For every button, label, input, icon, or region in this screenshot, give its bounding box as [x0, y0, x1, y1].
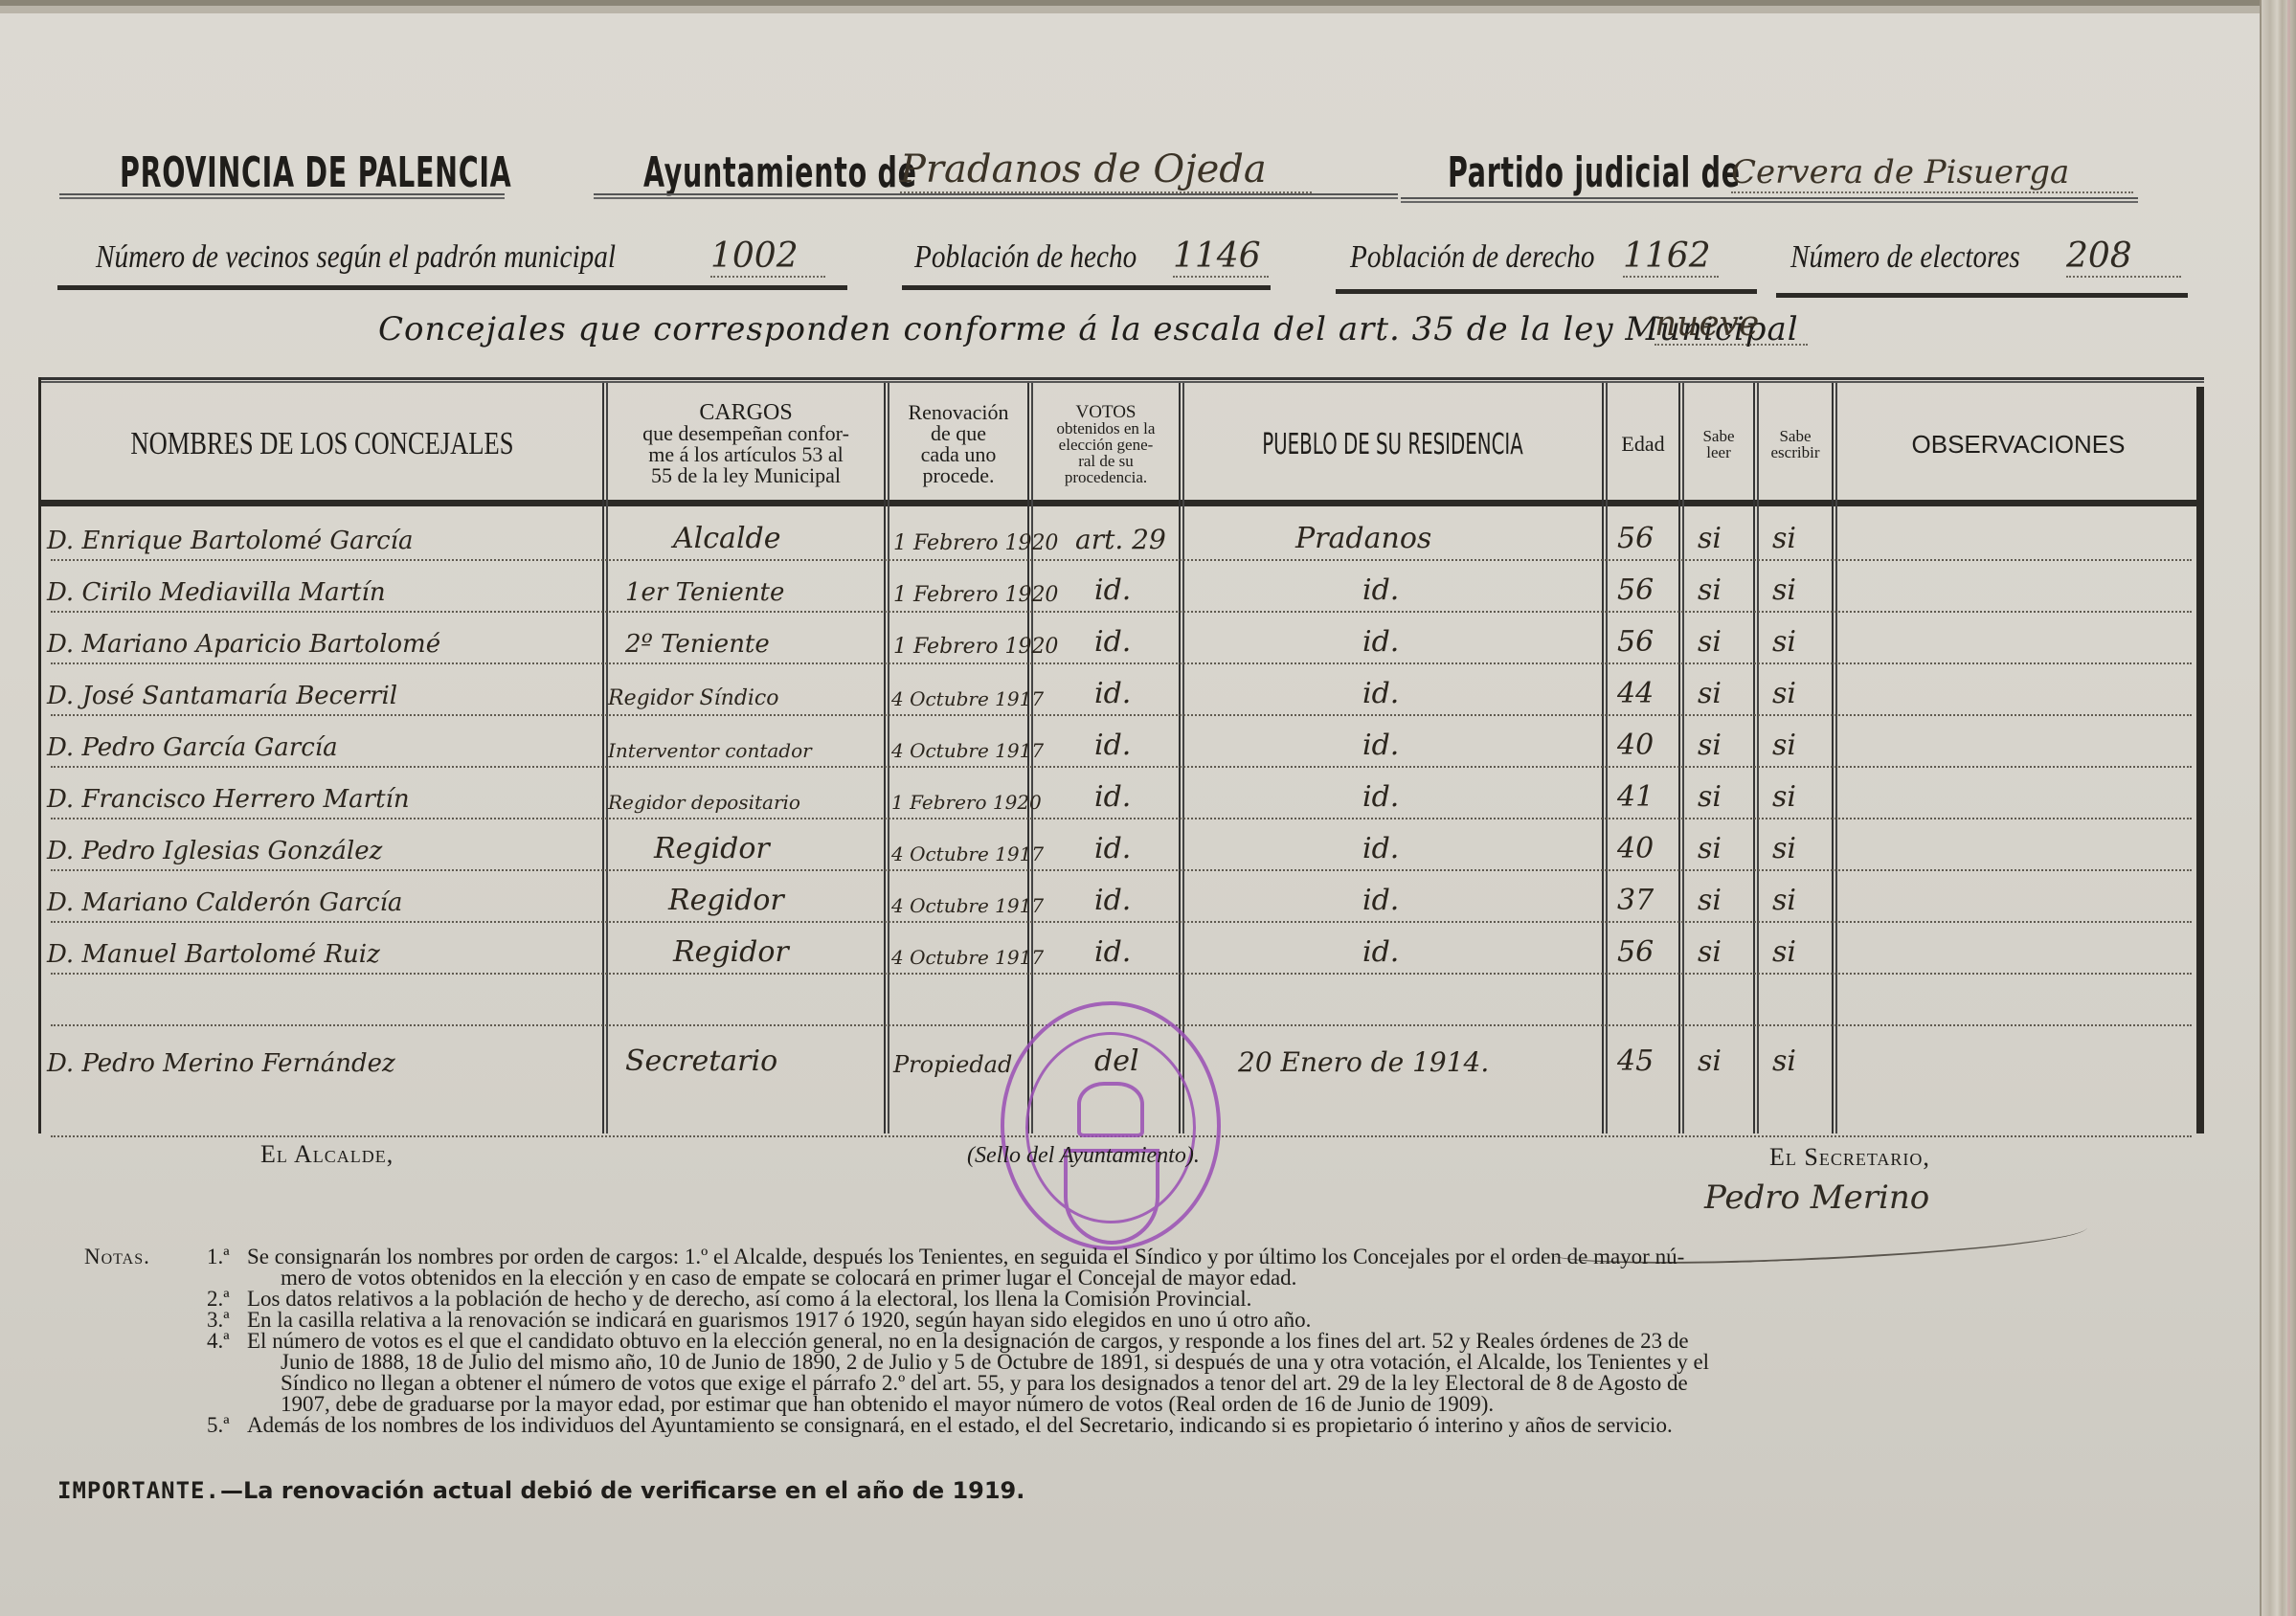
derecho-field: Población de derecho 1162	[1350, 236, 1752, 283]
cell-nombre: D. Manuel Bartolomé Ruiz	[47, 940, 380, 969]
cell-sabe-leer: si	[1698, 573, 1722, 607]
notes-lead: Notas.	[84, 1246, 150, 1268]
secretario-signature: Pedro Merino	[1704, 1178, 1929, 1217]
header-text: obtenidos en la	[1057, 420, 1156, 437]
document-page: PROVINCIA DE PALENCIA Ayuntamiento de Pr…	[0, 0, 2260, 1616]
cell-edad: 45	[1617, 1044, 1654, 1078]
cell-edad: 56	[1617, 935, 1654, 969]
rule	[1401, 197, 2138, 203]
cell-renovacion: 4 Octubre 1917	[891, 946, 1044, 969]
column-header-sabe-escribir: Sabe escribir	[1759, 389, 1832, 500]
cell-cargo: Regidor	[668, 884, 784, 917]
rule	[59, 193, 505, 199]
cell-nombre: D. Enrique Bartolomé García	[47, 527, 413, 555]
cell-sabe-leer: si	[1698, 884, 1722, 917]
cell-cargo: Regidor	[654, 832, 770, 865]
province-label: PROVINCIA DE PALENCIA	[120, 148, 511, 197]
province-heading: PROVINCIA DE PALENCIA	[120, 130, 664, 197]
cell-nombre: D. Pedro Merino Fernández	[47, 1049, 395, 1078]
header-text: Renovación	[908, 402, 1008, 423]
note-item: 2.ª Los datos relativos a la población d…	[84, 1289, 2191, 1310]
cell-renovacion: 1 Febrero 1920	[893, 531, 1058, 555]
cell-sabe-escribir: si	[1772, 677, 1796, 710]
note-number: 4.ª	[207, 1331, 230, 1352]
cell-votos: id.	[1094, 832, 1131, 865]
header-text: procede.	[922, 465, 994, 486]
header-text: NOMBRES DE LOS CONCEJALES	[130, 426, 513, 462]
column-header-pueblo: PUEBLO DE SU RESIDENCIA	[1184, 389, 1602, 500]
cell-votos: id.	[1094, 677, 1131, 710]
cell-sabe-leer: si	[1698, 935, 1722, 969]
cell-edad: 56	[1617, 573, 1654, 607]
hecho-value: 1146	[1173, 236, 1269, 278]
table-row: D. Mariano Calderón García Regidor 4 Oct…	[41, 871, 2204, 923]
hecho-label: Población de hecho	[914, 239, 1137, 276]
cell-sabe-leer: si	[1698, 1044, 1722, 1078]
municipal-seal-stamp	[1001, 1001, 1221, 1250]
cell-cargo: Regidor	[673, 935, 789, 969]
cell-nombre: D. José Santamaría Becerril	[47, 682, 397, 710]
cell-sabe-leer: si	[1698, 625, 1722, 659]
cell-edad: 56	[1617, 625, 1654, 659]
note-number: 3.ª	[207, 1310, 230, 1331]
cell-sabe-escribir: si	[1772, 884, 1796, 917]
cell-cargo: Alcalde	[673, 522, 781, 555]
cell-sabe-escribir: si	[1772, 1044, 1796, 1078]
partido-label: Partido judicial de	[1448, 148, 1741, 197]
rule	[1336, 289, 1757, 294]
secretario-label: El Secretario,	[1769, 1143, 1930, 1172]
header-text: CARGOS	[699, 402, 792, 423]
ayuntamiento-label: Ayuntamiento de	[643, 148, 917, 197]
cell-cargo: Regidor depositario	[608, 791, 800, 814]
cell-sabe-escribir: si	[1772, 522, 1796, 555]
cell-nombre: D. Mariano Calderón García	[47, 888, 402, 917]
header-text: Edad	[1621, 434, 1664, 455]
cell-renovacion: 4 Octubre 1917	[891, 687, 1044, 710]
cell-cargo: Interventor contador	[608, 739, 812, 762]
header-text: VOTOS	[1076, 404, 1137, 420]
sello-label: (Sello del Ayuntamiento).	[967, 1143, 1200, 1169]
cell-cargo: 1er Teniente	[625, 578, 784, 607]
note-text: 1907, debe de graduarse por la mayor eda…	[84, 1394, 2191, 1415]
vecinos-field: Número de vecinos según el padrón munici…	[96, 236, 843, 283]
cell-votos: id.	[1094, 935, 1131, 969]
cell-pueblo: id.	[1362, 832, 1399, 865]
table-row: D. Cirilo Mediavilla Martín 1er Teniente…	[41, 561, 2204, 613]
alcalde-label: El Alcalde,	[260, 1140, 394, 1169]
vecinos-label: Número de vecinos según el padrón munici…	[96, 239, 616, 276]
cell-pueblo: Pradanos	[1295, 522, 1431, 555]
cell-edad: 40	[1617, 832, 1654, 865]
header-text: Sabe	[1779, 428, 1811, 444]
important-key: IMPORTANTE.	[57, 1477, 220, 1504]
cell-renovacion: 1 Febrero 1920	[891, 791, 1042, 814]
cell-sabe-leer: si	[1698, 832, 1722, 865]
column-header-edad: Edad	[1608, 389, 1678, 500]
note-item: Notas. 1.ª Se consignarán los nombres po…	[84, 1246, 2191, 1268]
column-header-renovacion: Renovación de que cada uno procede.	[889, 389, 1027, 500]
column-header-votos: VOTOS obtenidos en la elección gene- ral…	[1033, 389, 1179, 500]
cell-nombre: D. Cirilo Mediavilla Martín	[47, 578, 386, 607]
cell-renovacion: 1 Febrero 1920	[893, 635, 1058, 659]
cell-pueblo: id.	[1362, 935, 1399, 969]
note-number: 5.ª	[207, 1415, 230, 1436]
cell-sabe-escribir: si	[1772, 573, 1796, 607]
table-row: D. Enrique Bartolomé García Alcalde 1 Fe…	[41, 509, 2204, 561]
rule	[594, 193, 1398, 199]
rule	[1776, 293, 2188, 298]
vecinos-value: 1002	[710, 236, 825, 278]
note-text: mero de votos obtenidos en la elección y…	[84, 1268, 2191, 1289]
cell-edad: 41	[1617, 780, 1654, 814]
cell-sabe-leer: si	[1698, 522, 1722, 555]
book-page-edge	[2260, 0, 2296, 1616]
table-row: D. Pedro García García Interventor conta…	[41, 716, 2204, 768]
cell-cargo: 2º Teniente	[625, 630, 770, 659]
note-text: Síndico no llegan a obtener el número de…	[84, 1373, 2191, 1394]
header-text: cada uno	[921, 444, 997, 465]
cell-sabe-escribir: si	[1772, 935, 1796, 969]
note-text: Se consignarán los nombres por orden de …	[247, 1245, 1684, 1268]
cell-votos: id.	[1094, 573, 1131, 607]
table-top-rule	[41, 377, 2204, 383]
header-text: procedencia.	[1065, 469, 1147, 485]
cell-edad: 44	[1617, 677, 1654, 710]
rule	[57, 285, 847, 290]
cell-nombre: D. Mariano Aparicio Bartolomé	[47, 630, 440, 659]
rule	[902, 285, 1271, 290]
cell-edad: 40	[1617, 729, 1654, 762]
header-text: ral de su	[1078, 453, 1134, 469]
cell-pueblo: 20 Enero de 1914.	[1238, 1046, 1489, 1078]
header-text: elección gene-	[1059, 437, 1154, 453]
cell-votos: id.	[1094, 780, 1131, 814]
header-text: OBSERVACIONES	[1912, 430, 2126, 460]
cell-nombre: D. Francisco Herrero Martín	[47, 785, 410, 814]
cell-renovacion: 1 Febrero 1920	[893, 583, 1058, 607]
cell-edad: 56	[1617, 522, 1654, 555]
column-header-observaciones: OBSERVACIONES	[1837, 389, 2199, 500]
note-number: 2.ª	[207, 1289, 230, 1310]
cell-votos: id.	[1094, 884, 1131, 917]
cell-pueblo: id.	[1362, 625, 1399, 659]
cell-votos: art. 29	[1075, 524, 1166, 555]
header-text: leer	[1706, 444, 1730, 460]
note-text: Junio de 1888, 18 de Julio del mismo año…	[84, 1352, 2191, 1373]
cell-sabe-escribir: si	[1772, 832, 1796, 865]
edge-stripe	[2287, 0, 2290, 1616]
derecho-value: 1162	[1623, 236, 1719, 278]
electores-label: Número de electores	[1790, 239, 2020, 276]
header-text: me á los artículos 53 al	[648, 444, 843, 465]
note-item: 5.ª Además de los nombres de los individ…	[84, 1415, 2191, 1436]
cell-sabe-leer: si	[1698, 780, 1722, 814]
table-row: D. Pedro Iglesias González Regidor 4 Oct…	[41, 819, 2204, 871]
cell-pueblo: id.	[1362, 729, 1399, 762]
cell-sabe-escribir: si	[1772, 780, 1796, 814]
table-row: D. Francisco Herrero Martín Regidor depo…	[41, 768, 2204, 819]
cell-pueblo: id.	[1362, 573, 1399, 607]
table-row: D. Manuel Bartolomé Ruiz Regidor 4 Octub…	[41, 923, 2204, 975]
cell-votos: id.	[1094, 729, 1131, 762]
header-text: que desempeñan confor-	[642, 423, 849, 444]
note-text: Además de los nombres de los individuos …	[247, 1413, 1673, 1437]
ayuntamiento-field: Ayuntamiento de Pradanos de Ojeda	[643, 130, 1314, 197]
cell-renovacion: 4 Octubre 1917	[891, 842, 1044, 865]
ayuntamiento-value: Pradanos de Ojeda	[900, 147, 1312, 193]
concejales-value: nueve	[1654, 304, 1808, 346]
crown-icon	[1077, 1082, 1144, 1137]
concejales-label: Concejales que corresponden conforme á l…	[378, 310, 1799, 348]
note-text: El número de votos es el que el candidat…	[247, 1329, 1689, 1353]
cell-renovacion: 4 Octubre 1917	[891, 894, 1044, 917]
electores-value: 208	[2066, 236, 2181, 278]
important-text: —La renovación actual debió de verificar…	[220, 1477, 1024, 1504]
cell-votos: id.	[1094, 625, 1131, 659]
column-header-cargos: CARGOS que desempeñan confor- me á los a…	[608, 389, 884, 500]
cell-renovacion: 4 Octubre 1917	[891, 739, 1044, 762]
hecho-field: Población de hecho 1146	[914, 236, 1278, 283]
table-header-rule	[41, 500, 2204, 506]
header-text: PUEBLO DE SU RESIDENCIA	[1263, 428, 1524, 461]
cell-pueblo: id.	[1362, 780, 1399, 814]
table-row: D. José Santamaría Becerril Regidor Sínd…	[41, 664, 2204, 716]
column-header-sabe-leer: Sabe leer	[1684, 389, 1753, 500]
note-item: 4.ª El número de votos es el que el cand…	[84, 1331, 2191, 1352]
table-row: D. Mariano Aparicio Bartolomé 2º Tenient…	[41, 613, 2204, 664]
derecho-label: Población de derecho	[1350, 239, 1595, 276]
cell-sabe-leer: si	[1698, 677, 1722, 710]
cell-renovacion: Propiedad	[893, 1051, 1012, 1078]
cell-nombre: D. Pedro Iglesias González	[47, 837, 382, 865]
cell-pueblo: id.	[1362, 677, 1399, 710]
cell-edad: 37	[1617, 884, 1654, 917]
note-number: 1.ª	[207, 1246, 230, 1268]
notes-section: Notas. 1.ª Se consignarán los nombres po…	[84, 1246, 2191, 1436]
header-text: 55 de la ley Municipal	[651, 465, 841, 486]
partido-value: Cervera de Pisuerga	[1731, 153, 2133, 193]
cell-cargo: Regidor Síndico	[608, 686, 779, 710]
cell-sabe-leer: si	[1698, 729, 1722, 762]
column-header-nombres: NOMBRES DE LOS CONCEJALES	[41, 389, 602, 500]
cell-sabe-escribir: si	[1772, 729, 1796, 762]
cell-pueblo: id.	[1362, 884, 1399, 917]
cell-sabe-escribir: si	[1772, 625, 1796, 659]
header-text: escribir	[1771, 444, 1820, 460]
electores-field: Número de electores 208	[1790, 236, 2193, 283]
cell-cargo: Secretario	[625, 1044, 777, 1078]
important-notice: IMPORTANTE.—La renovación actual debió d…	[57, 1477, 1024, 1504]
header-text: de que	[931, 423, 986, 444]
header-text: Sabe	[1702, 428, 1734, 444]
partido-field: Partido judicial de Cervera de Pisuerga	[1448, 130, 2137, 197]
cell-nombre: D. Pedro García García	[47, 733, 338, 762]
note-item: 3.ª En la casilla relativa a la renovaci…	[84, 1310, 2191, 1331]
